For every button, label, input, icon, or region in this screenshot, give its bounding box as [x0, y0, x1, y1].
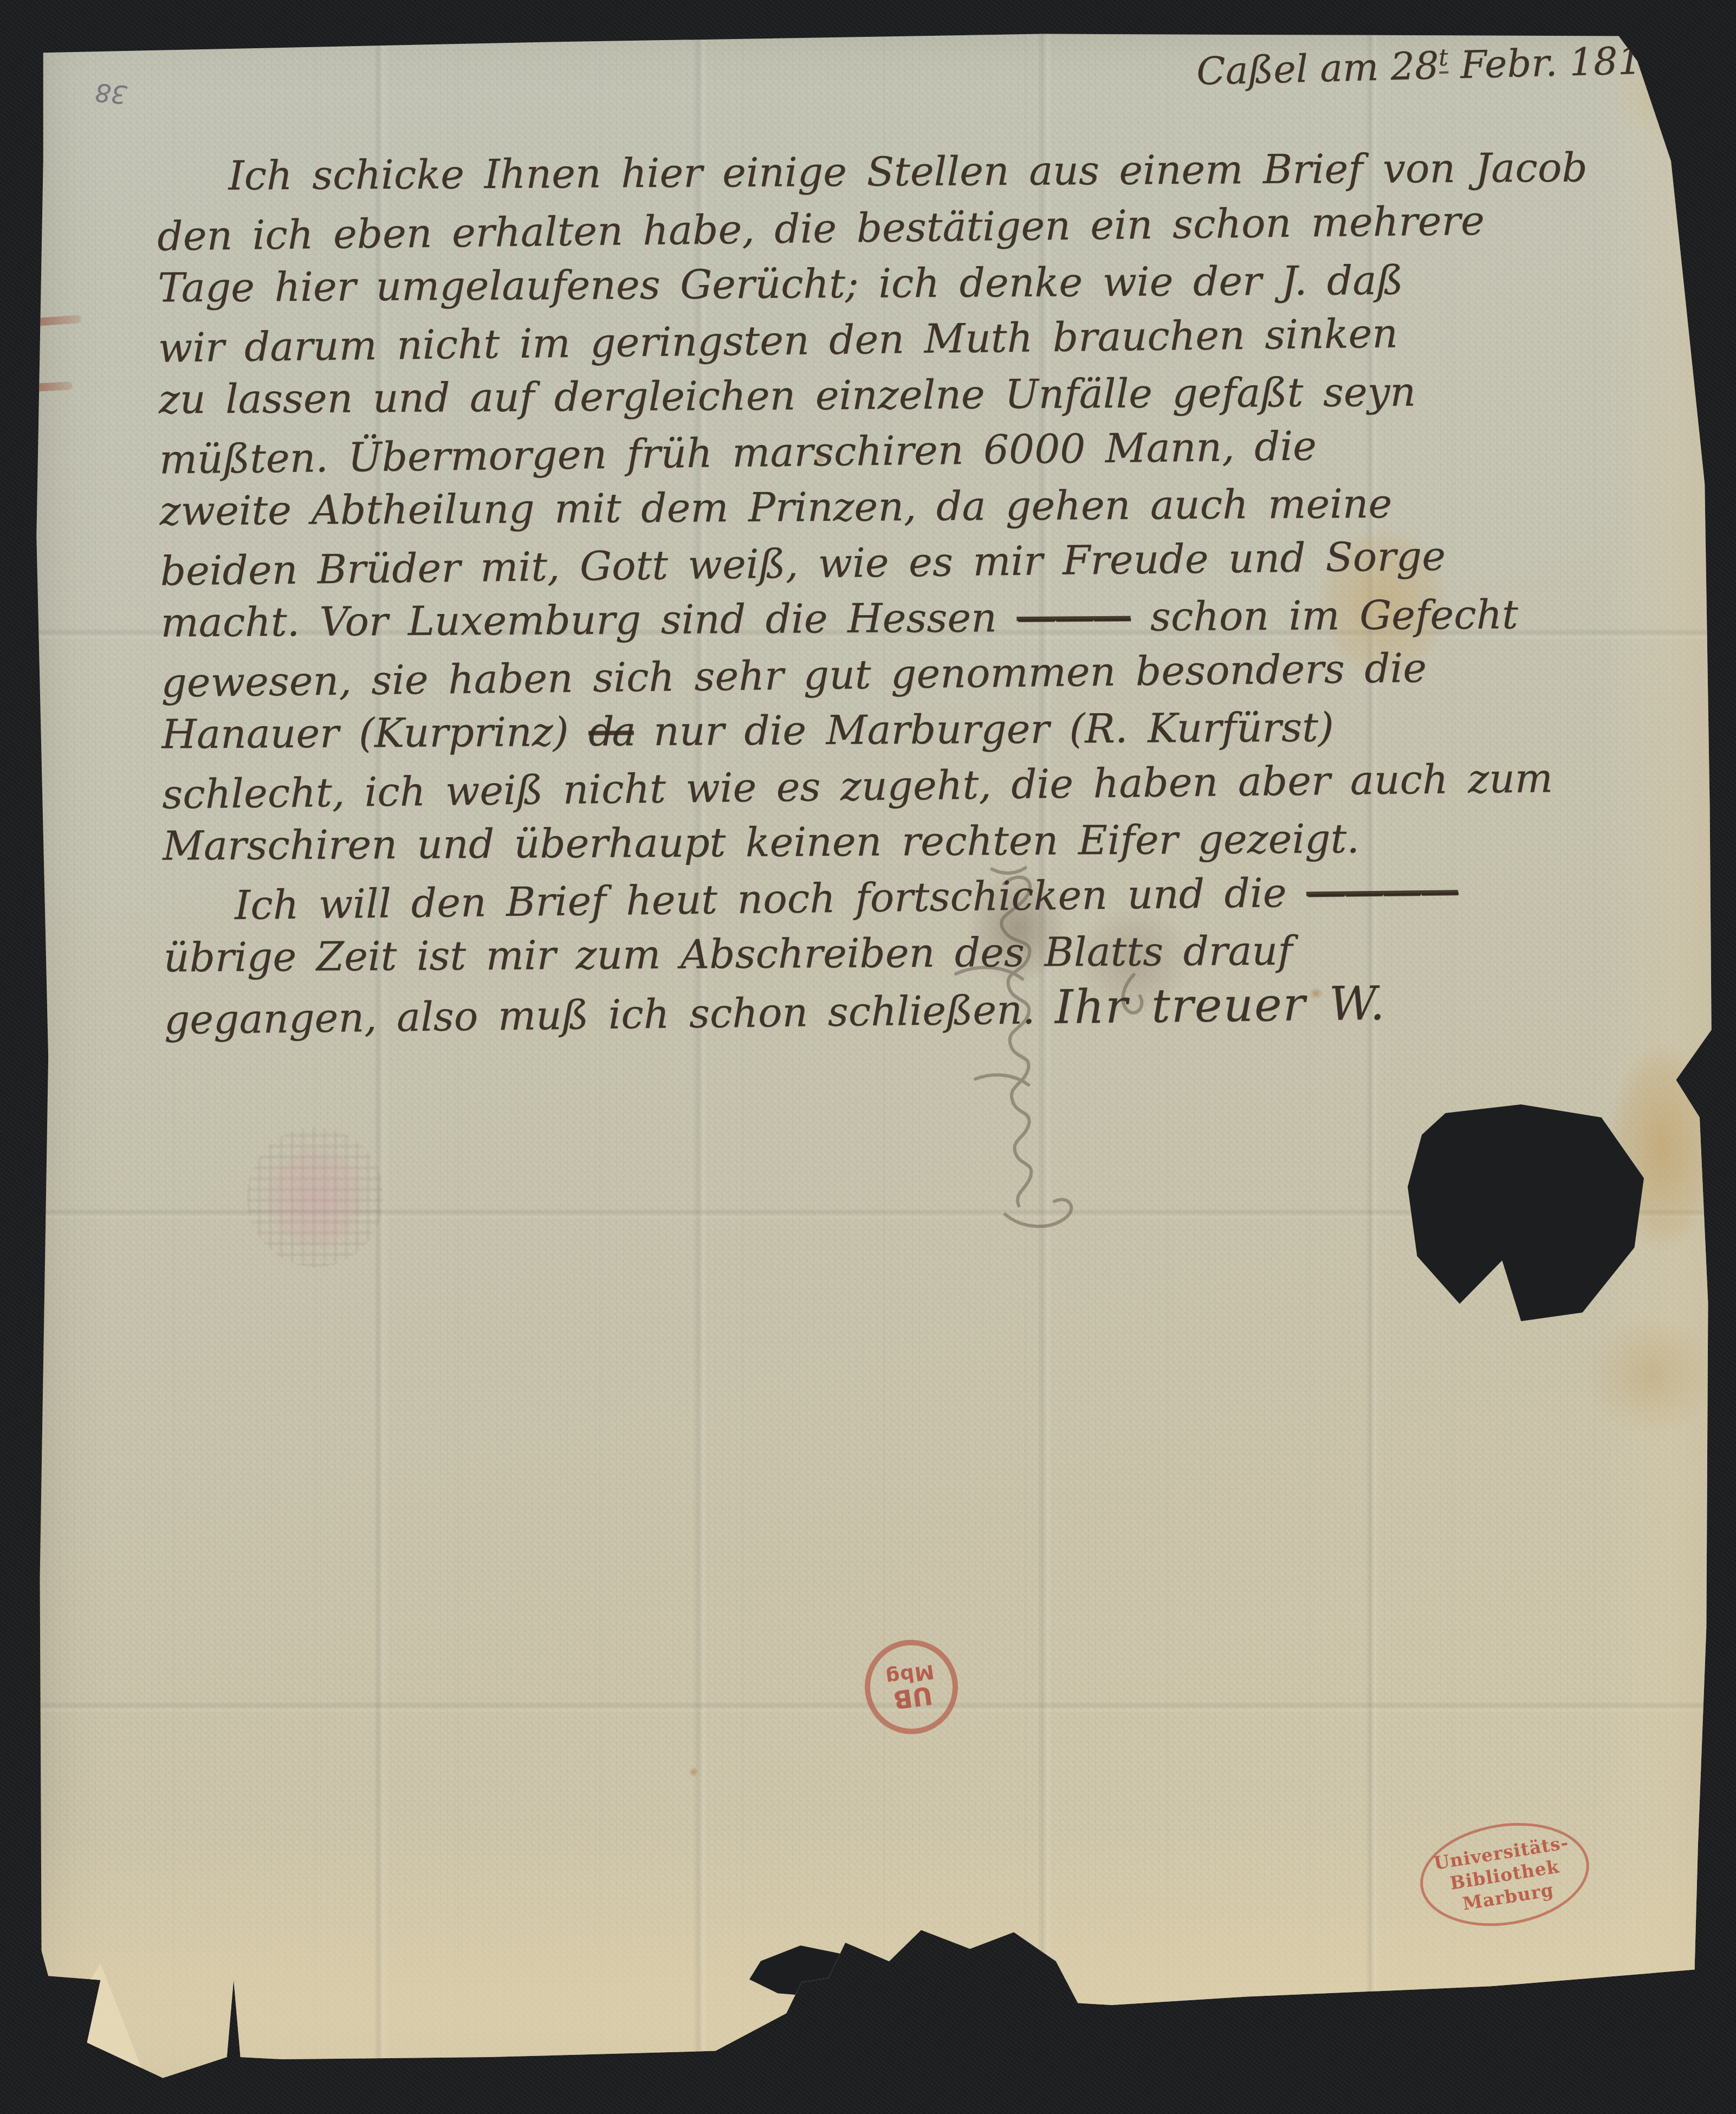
dateline-suffix: Febr. 1814. [1448, 37, 1679, 87]
fold-crease-vertical-1 [374, 15, 388, 2099]
fold-crease-horizontal-3 [31, 1702, 1716, 1714]
stain-top-right-corner [1586, 37, 1736, 156]
fold-crease-horizontal-2 [31, 1208, 1716, 1220]
round-stamp-line1: UB [887, 1682, 939, 1714]
letter-line: schlecht, ich weiß nicht wie es zugeht, … [162, 749, 1680, 823]
crossed-out-word: ———— [1306, 868, 1458, 916]
fold-crease-vertical-2 [694, 15, 708, 2099]
torn-hole-bottom [749, 1945, 863, 1997]
dateline: Caßel am 28t Febr. 1814. [1196, 37, 1679, 94]
foxing-spot [813, 452, 827, 467]
letter-body: Ich schicke Ihnen hier einige Stellen au… [157, 138, 1681, 1044]
red-streak [33, 382, 73, 392]
library-oval-stamp: Universitäts- Bibliothek Marburg [1413, 1812, 1596, 1938]
library-oval-stamp-text: Universitäts- Bibliothek Marburg [1432, 1831, 1577, 1918]
letter-sheet: 38 Caßel am 28t Febr. 1814. Ich schicke … [31, 15, 1716, 2099]
fold-crease-horizontal-1 [31, 629, 1716, 641]
pencil-folio-number: 38 [94, 78, 128, 110]
oval-stamp-line1: Universitäts- [1432, 1831, 1570, 1874]
torn-crack-bottom [841, 1971, 852, 2026]
red-streak [34, 315, 82, 326]
letter-line: den ich eben erhalten habe, die bestätig… [157, 191, 1675, 264]
stain-tan-right [1294, 500, 1473, 706]
letter-text-segment: zweite Abtheilung mit dem Prinzen, da ge… [159, 481, 1392, 535]
letter-line: beiden Brüder mit, Gott weiß, wie es mir… [160, 526, 1677, 599]
ink-smudge [1053, 882, 1215, 1039]
letter-text-segment: müßten. Übermorgen früh marschiren 6000 … [159, 423, 1317, 483]
crossed-out-word: da [588, 708, 634, 755]
letter-line: übrige Zeit ist mir zum Abschreiben des … [164, 921, 1681, 986]
letter-text-segment: Marschiren und überhaupt keinen rechten … [163, 816, 1359, 869]
stain-right-edge-upper [1592, 1012, 1733, 1283]
paper-texture-grain [31, 15, 1716, 2099]
crossed-out-word: ——— [1016, 594, 1131, 641]
ink-smudge [947, 850, 1088, 1007]
letter-line: zweite Abtheilung mit dem Prinzen, da ge… [159, 474, 1677, 539]
foxing-spot [1307, 985, 1325, 1001]
letter-text-segment: schon im Gefecht [1130, 591, 1518, 640]
letter-text-segment: Tage hier umgelaufenes Gerücht; ich denk… [158, 257, 1403, 312]
letter-line: Hanauer (Kurprinz) da nur die Marburger … [161, 697, 1679, 762]
letter-text-segment: Ich will den Brief heut noch fortschicke… [235, 870, 1307, 929]
letter-line: wir darum nicht im geringsten den Muth b… [158, 302, 1675, 376]
foxing-spot [687, 1766, 700, 1779]
fold-crease-vertical-3 [1038, 15, 1052, 2099]
letter-line: macht. Vor Luxemburg sind die Hessen ———… [160, 586, 1678, 651]
letter-line: Marschiren und überhaupt keinen rechten … [163, 809, 1680, 874]
letter-line: gegangen, also muß ich schon schließen. … [164, 972, 1681, 1046]
letter-text-segment: gegangen, also muß ich schon schließen. [164, 986, 1055, 1044]
letter-text-segment: den ich eben erhalten habe, die bestätig… [157, 198, 1485, 260]
letter-text-segment: wir darum nicht im geringsten den Muth b… [158, 310, 1398, 371]
right-toning-band [1607, 15, 1716, 2099]
ink-bleedthrough-ghost [863, 854, 1188, 1285]
letter-line: müßten. Übermorgen früh marschiren 6000 … [159, 414, 1676, 488]
letter-line: Tage hier umgelaufenes Gerücht; ich denk… [158, 251, 1675, 316]
letter-line: Ich schicke Ihnen hier einige Stellen au… [157, 139, 1674, 204]
round-stamp-line2: Mbg [884, 1660, 935, 1688]
letter-text-segment: macht. Vor Luxemburg sind die Hessen [160, 594, 1016, 647]
letter-line: Ich will den Brief heut noch fortschicke… [163, 861, 1680, 934]
letter-text-segment: Ich schicke Ihnen hier einige Stellen au… [228, 144, 1588, 199]
bottom-toning-band [31, 1828, 1716, 2099]
torn-hole-right [1408, 1104, 1644, 1321]
library-round-stamp-text: UB Mbg [884, 1660, 939, 1714]
dateline-prefix: Caßel am 28 [1196, 43, 1439, 94]
letter-line: gewesen, sie haben sich sehr gut genomme… [161, 637, 1679, 711]
letter-line: zu lassen und auf dergleichen einzelne U… [159, 363, 1676, 428]
letter-text-segment: nur die Marburger (R. Kurfürst) [633, 704, 1334, 755]
letter-text-segment: zu lassen und auf dergleichen einzelne U… [159, 369, 1416, 423]
paper-flap-bottom-left [64, 1963, 145, 2093]
letter-text-segment: gewesen, sie haben sich sehr gut genomme… [161, 645, 1427, 707]
letter-text-segment: schlecht, ich weiß nicht wie es zugeht, … [162, 755, 1553, 818]
letter-text-segment: beiden Brüder mit, Gott weiß, wie es mir… [160, 533, 1446, 594]
letter-text-segment: Hanauer (Kurprinz) [161, 709, 588, 758]
letter-text-segment: übrige Zeit ist mir zum Abschreiben des … [164, 928, 1293, 981]
scan-black-backing: 38 Caßel am 28t Febr. 1814. Ich schicke … [0, 0, 1736, 2114]
paper-texture-laid-lines [31, 15, 1716, 2099]
fold-crease-vertical-4 [1365, 15, 1379, 2099]
left-edge-streaks [31, 312, 91, 442]
oval-stamp-line2: Bibliothek [1436, 1853, 1573, 1896]
wafer-seal-residue [247, 1127, 384, 1267]
stain-right-edge-lower [1565, 1294, 1736, 1457]
dateline-superscript: t [1439, 44, 1449, 73]
oval-stamp-line3: Marburg [1439, 1875, 1577, 1918]
signature: Ihr treuer W. [1054, 977, 1386, 1035]
library-round-stamp: UB Mbg [859, 1634, 964, 1740]
